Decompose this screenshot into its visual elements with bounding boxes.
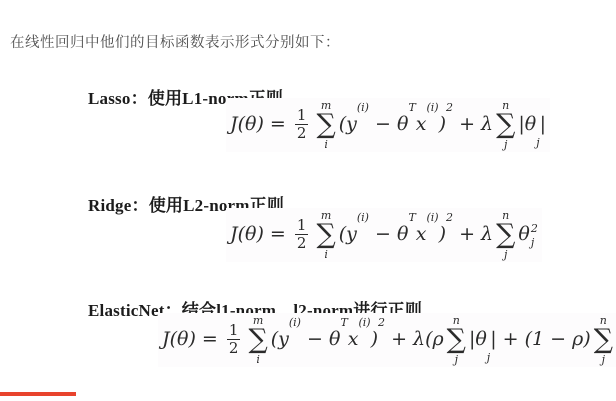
math-text: x <box>416 115 427 134</box>
math-text: x <box>348 330 359 349</box>
superscript: (i) <box>357 212 369 223</box>
summation: n∑j <box>447 315 466 365</box>
math-text: J(θ) = <box>162 330 224 349</box>
formula-elasticnet: J(θ) = 12m∑i(y(i) − θTx(i))2 + λ(ρn∑j|θj… <box>158 313 616 367</box>
formula-ridge: J(θ) = 12m∑i(y(i) − θTx(i))2 + λn∑jθ2j <box>226 208 542 262</box>
math-text: | <box>540 115 546 134</box>
subscript: j <box>487 352 490 363</box>
math-text: − θ <box>369 115 408 134</box>
math-text: | + (1 − ρ) <box>490 330 590 349</box>
fraction: 12 <box>295 107 309 143</box>
math-text: (y <box>339 115 357 134</box>
superscript: (i) <box>357 102 369 113</box>
superscript: 2 <box>446 212 453 223</box>
fraction: 12 <box>227 322 241 358</box>
math-text: (y <box>339 225 357 244</box>
super-subscript: 2j <box>531 223 538 248</box>
math-text: |θ <box>518 115 536 134</box>
math-text: − θ <box>369 225 408 244</box>
math-text: + λ <box>453 115 493 134</box>
math-text: θ <box>518 225 529 244</box>
bottom-accent-line <box>0 392 76 396</box>
superscript: 2 <box>446 102 453 113</box>
math-text: + λ(ρ <box>385 330 444 349</box>
fraction: 12 <box>295 217 309 253</box>
superscript: (i) <box>289 317 301 328</box>
superscript: T <box>408 212 415 223</box>
summation: n∑j <box>496 210 515 260</box>
superscript: 2 <box>378 317 385 328</box>
math-text: x <box>416 225 427 244</box>
article-content: 在线性回归中他们的目标函数表示形式分别如下： Lasso：使用L1-norm正则… <box>0 0 616 401</box>
summation: m∑i <box>248 315 267 365</box>
summation: n∑j <box>496 100 515 150</box>
math-text: ) <box>439 225 446 244</box>
superscript: (i) <box>427 102 439 113</box>
formula-lasso: J(θ) = 12m∑i(y(i) − θTx(i))2 + λn∑j|θj| <box>226 98 550 152</box>
summation: n∑j <box>594 315 613 365</box>
math-text: ) <box>439 115 446 134</box>
superscript: (i) <box>427 212 439 223</box>
math-text: + λ <box>453 225 493 244</box>
subscript: j <box>536 137 539 148</box>
math-text: J(θ) = <box>230 115 292 134</box>
superscript: (i) <box>359 317 371 328</box>
summation: m∑i <box>316 210 335 260</box>
superscript: T <box>408 102 415 113</box>
math-text: J(θ) = <box>230 225 292 244</box>
summation: m∑i <box>316 100 335 150</box>
math-text: − θ <box>301 330 340 349</box>
math-text: |θ <box>469 330 487 349</box>
math-text: ) <box>371 330 378 349</box>
math-text: (y <box>271 330 289 349</box>
intro-text: 在线性回归中他们的目标函数表示形式分别如下： <box>10 31 340 52</box>
superscript: T <box>340 317 347 328</box>
